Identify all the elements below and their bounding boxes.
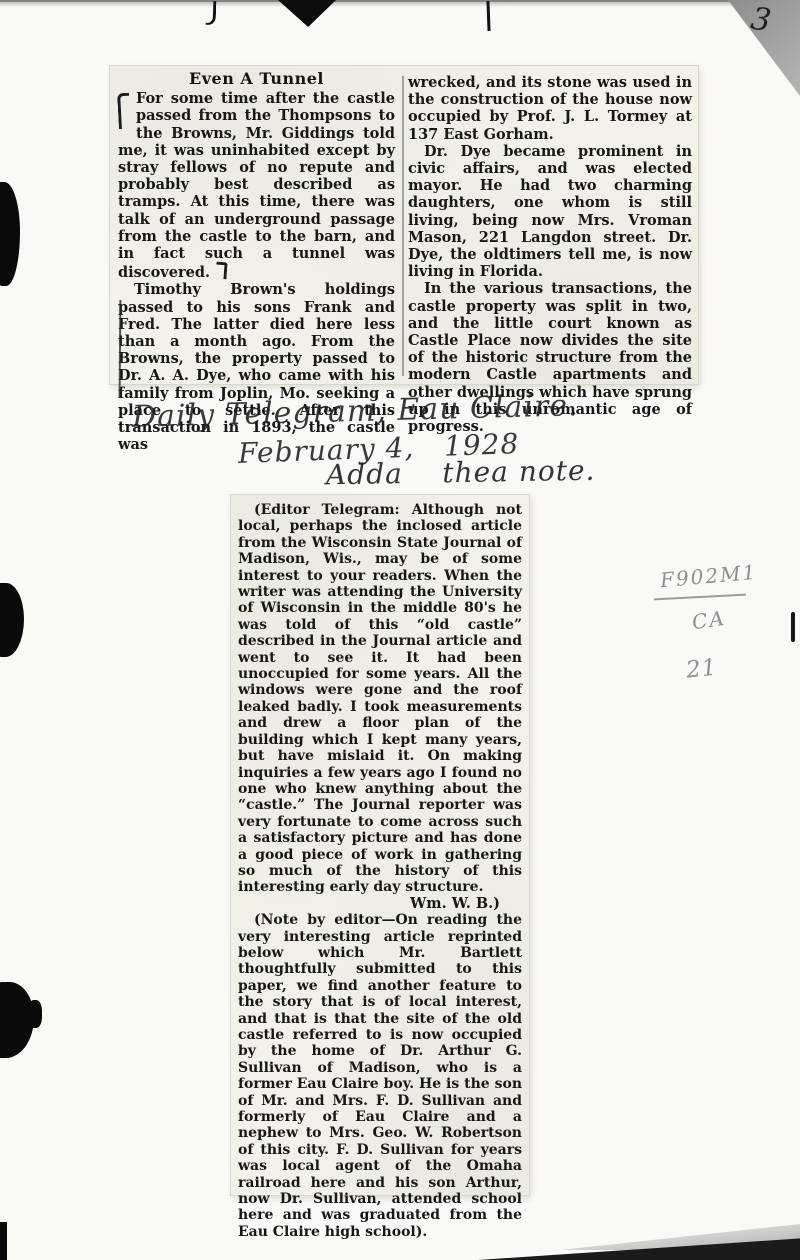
clipping-headline: Even A Tunnel xyxy=(118,70,395,87)
handwritten-note-line: Adda thea note. xyxy=(326,454,596,492)
call-number-line1: F902M1 xyxy=(659,560,758,592)
call-number-underline xyxy=(654,594,746,601)
ink-blob-left-1 xyxy=(0,182,20,286)
clipping-paragraph: (Editor Telegram: Although not local, pe… xyxy=(238,502,522,896)
newspaper-clipping-top: Even A Tunnel For some time after the ca… xyxy=(110,66,698,384)
scan-top-edge-line xyxy=(0,0,800,2)
call-number-line3: 21 xyxy=(685,654,719,683)
ink-tick-right-edge xyxy=(791,612,795,642)
ink-mark-top xyxy=(278,0,336,27)
clipping-top-right-column: wrecked, and its stone was used in the c… xyxy=(408,74,692,435)
clipping-paragraph: For some time after the castle passed fr… xyxy=(118,90,395,281)
call-number-marks: F902M1 CA 21 xyxy=(650,560,790,674)
clipping-signature: Wm. W. B.) xyxy=(238,896,522,912)
ink-blob-left-3b xyxy=(28,1000,42,1028)
ink-strip-bottom-left xyxy=(0,1222,7,1260)
clipping-paragraph: (Note by editor—On reading the very inte… xyxy=(238,912,522,1240)
clipping-paragraph-text: For some time after the castle passed fr… xyxy=(118,90,395,281)
clipping-paragraph: wrecked, and its stone was used in the c… xyxy=(408,74,692,143)
ink-blob-left-2 xyxy=(0,583,24,657)
scanned-scrapbook-page: 3 Even A Tunnel For some time after the … xyxy=(0,0,800,1260)
clipping-paragraph: Dr. Dye became prominent in civic affair… xyxy=(408,143,692,281)
clipping-bottom-column: (Editor Telegram: Although not local, pe… xyxy=(238,502,522,1240)
pen-bracket-open xyxy=(117,93,131,130)
ink-hook-top xyxy=(206,1,217,25)
newspaper-clipping-bottom: (Editor Telegram: Although not local, pe… xyxy=(231,495,529,1195)
column-divider-line xyxy=(402,76,404,376)
pen-bracket-close xyxy=(215,262,227,280)
call-number-line2: CA xyxy=(690,606,727,634)
